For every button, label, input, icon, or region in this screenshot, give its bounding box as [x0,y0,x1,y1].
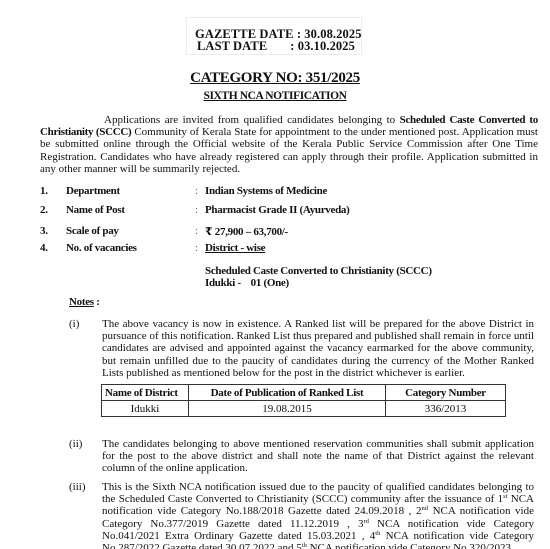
last-date-value: : 03.10.2025 [290,39,355,53]
field-number: 1. [40,185,48,197]
table-row: Idukki 19.08.2015 336/2013 [102,401,506,417]
note-text-2: The candidates belonging to above mentio… [102,438,534,475]
intro-lead: Applications are invited from qualified … [104,114,400,126]
vacancy-community: Scheduled Caste Converted to Christianit… [205,265,432,277]
field-label-post: Name of Post [66,204,125,216]
field-colon: : [195,242,198,254]
last-date: LAST DATE : 03.10.2025 [197,39,355,54]
note-number: (ii) [69,438,82,450]
column-header-category: Category Number [386,385,506,401]
field-label-vacancies: No. of vacancies [66,242,137,254]
note-number: (i) [69,318,79,330]
field-label-department: Department [66,185,120,197]
category-title: CATEGORY NO: 351/2025 [0,70,550,87]
field-label-pay: Scale of pay [66,225,119,237]
note-text-segment: This is the Sixth NCA notification issue… [102,481,534,505]
vacancy-district: Idukki - 01 (One) [205,277,432,289]
intro-paragraph: Applications are invited from qualified … [40,114,538,175]
notification-subtitle: SIXTH NCA NOTIFICATION [0,90,550,102]
vacancy-details: Scheduled Caste Converted to Christianit… [205,265,432,289]
field-number: 4. [40,242,48,254]
cell-date: 19.08.2015 [189,401,386,417]
note-text-3: This is the Sixth NCA notification issue… [102,481,534,549]
field-number: 2. [40,204,48,216]
table-header-row: Name of District Date of Publication of … [102,385,506,401]
field-number: 3. [40,225,48,237]
note-text-1: The above vacancy is now in existence. A… [102,318,534,379]
field-colon: : [195,185,198,197]
field-value-vacancies: District - wise [205,242,265,254]
field-value-post: Pharmacist Grade II (Ayurveda) [205,204,349,216]
notes-heading: Notes : [69,296,100,308]
notes-heading-colon: : [94,296,100,308]
note-text-segment: NCA notification vide Category No.320/20… [307,542,511,549]
column-header-date: Date of Publication of Ranked List [189,385,386,401]
field-value-department: Indian Systems of Medicine [205,185,327,197]
last-date-label: LAST DATE [197,39,287,54]
field-colon: : [195,225,198,237]
cell-district: Idukki [102,401,189,417]
ranked-list-table: Name of District Date of Publication of … [101,384,506,417]
field-value-pay: ₹ 27,900 – 63,700/- [205,225,288,238]
cell-category: 336/2013 [386,401,506,417]
note-number: (iii) [69,481,86,493]
field-colon: : [195,204,198,216]
notes-heading-text: Notes [69,296,94,308]
column-header-district: Name of District [102,385,189,401]
